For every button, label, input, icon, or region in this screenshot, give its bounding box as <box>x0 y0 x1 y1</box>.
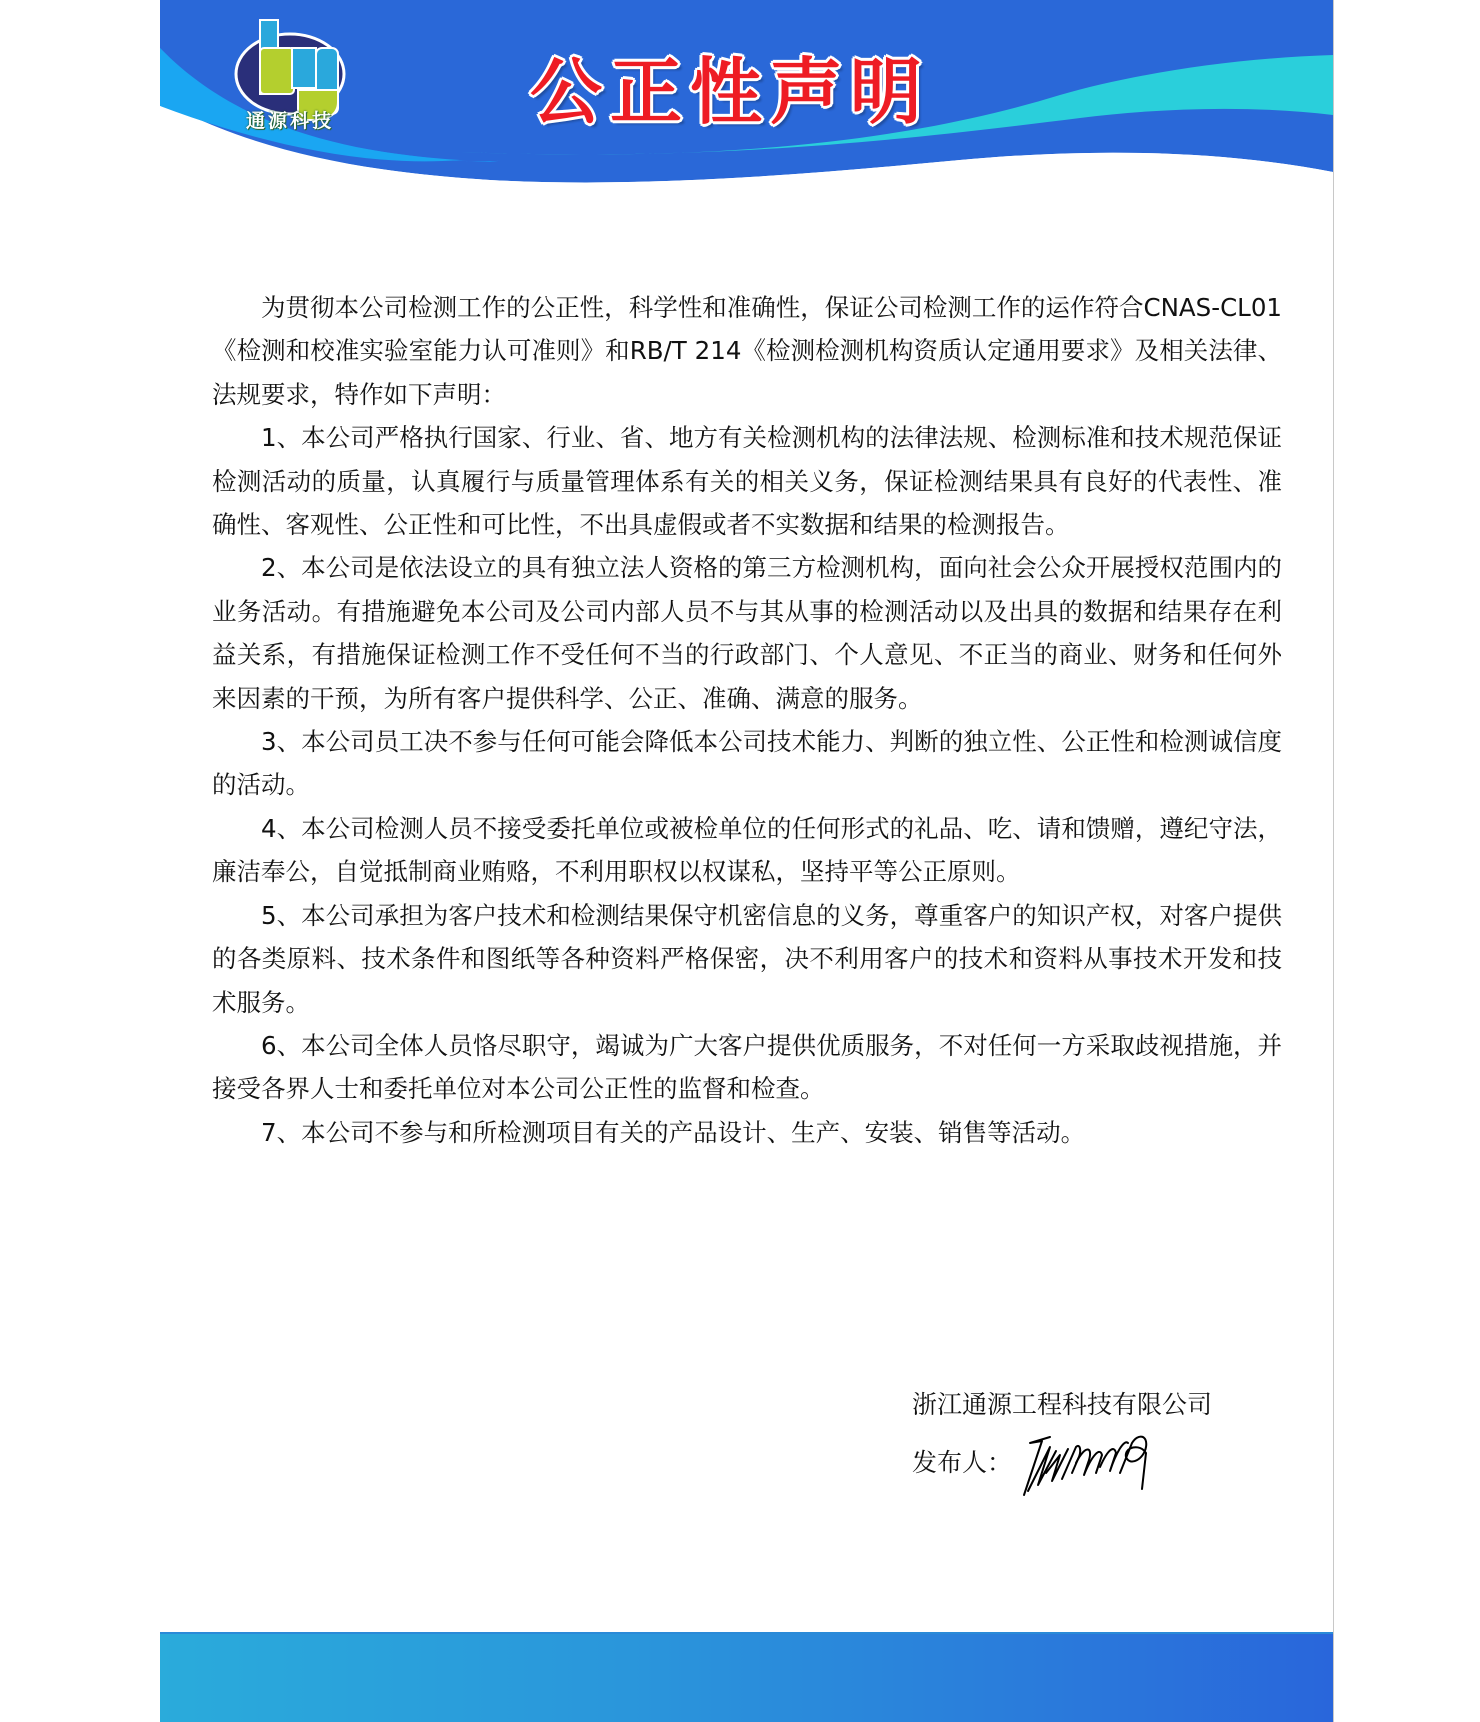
statement-item-2: 2、本公司是依法设立的具有独立法人资格的第三方检测机构，面向社会公众开展授权范围… <box>212 546 1282 720</box>
publisher-label: 发布人： <box>912 1435 1012 1491</box>
statement-body: 为贯彻本公司检测工作的公正性，科学性和准确性，保证公司检测工作的运作符合CNAS… <box>212 286 1282 1154</box>
statement-item-6: 6、本公司全体人员恪尽职守，竭诚为广大客户提供优质服务，不对任何一方采取歧视措施… <box>212 1024 1282 1111</box>
signoff-block: 浙江通源工程科技有限公司 发布人： <box>912 1377 1212 1493</box>
statement-item-3: 3、本公司员工决不参与任何可能会降低本公司技术能力、判断的独立性、公正性和检测诚… <box>212 720 1282 807</box>
publisher-row: 发布人： <box>912 1433 1212 1493</box>
page-title: 公正性声明 <box>530 34 930 138</box>
footer-band <box>160 1632 1333 1722</box>
handwritten-signature <box>1016 1433 1166 1493</box>
statement-intro: 为贯彻本公司检测工作的公正性，科学性和准确性，保证公司检测工作的运作符合CNAS… <box>212 286 1282 416</box>
company-name: 浙江通源工程科技有限公司 <box>912 1377 1212 1433</box>
document-page: 通源科技 公正性声明 为贯彻本公司检测工作的公正性，科学性和准确性，保证公司检测… <box>160 0 1334 1722</box>
statement-item-7: 7、本公司不参与和所检测项目有关的产品设计、生产、安装、销售等活动。 <box>212 1111 1282 1154</box>
statement-item-1: 1、本公司严格执行国家、行业、省、地方有关检测机构的法律法规、检测标准和技术规范… <box>212 416 1282 546</box>
statement-item-5: 5、本公司承担为客户技术和检测结果保守机密信息的义务，尊重客户的知识产权，对客户… <box>212 894 1282 1024</box>
header-banner: 通源科技 公正性声明 <box>160 0 1333 200</box>
statement-item-4: 4、本公司检测人员不接受委托单位或被检单位的任何形式的礼品、吃、请和馈赠，遵纪守… <box>212 807 1282 894</box>
logo-text: 通源科技 <box>246 106 334 133</box>
signature-icon <box>1016 1433 1166 1499</box>
